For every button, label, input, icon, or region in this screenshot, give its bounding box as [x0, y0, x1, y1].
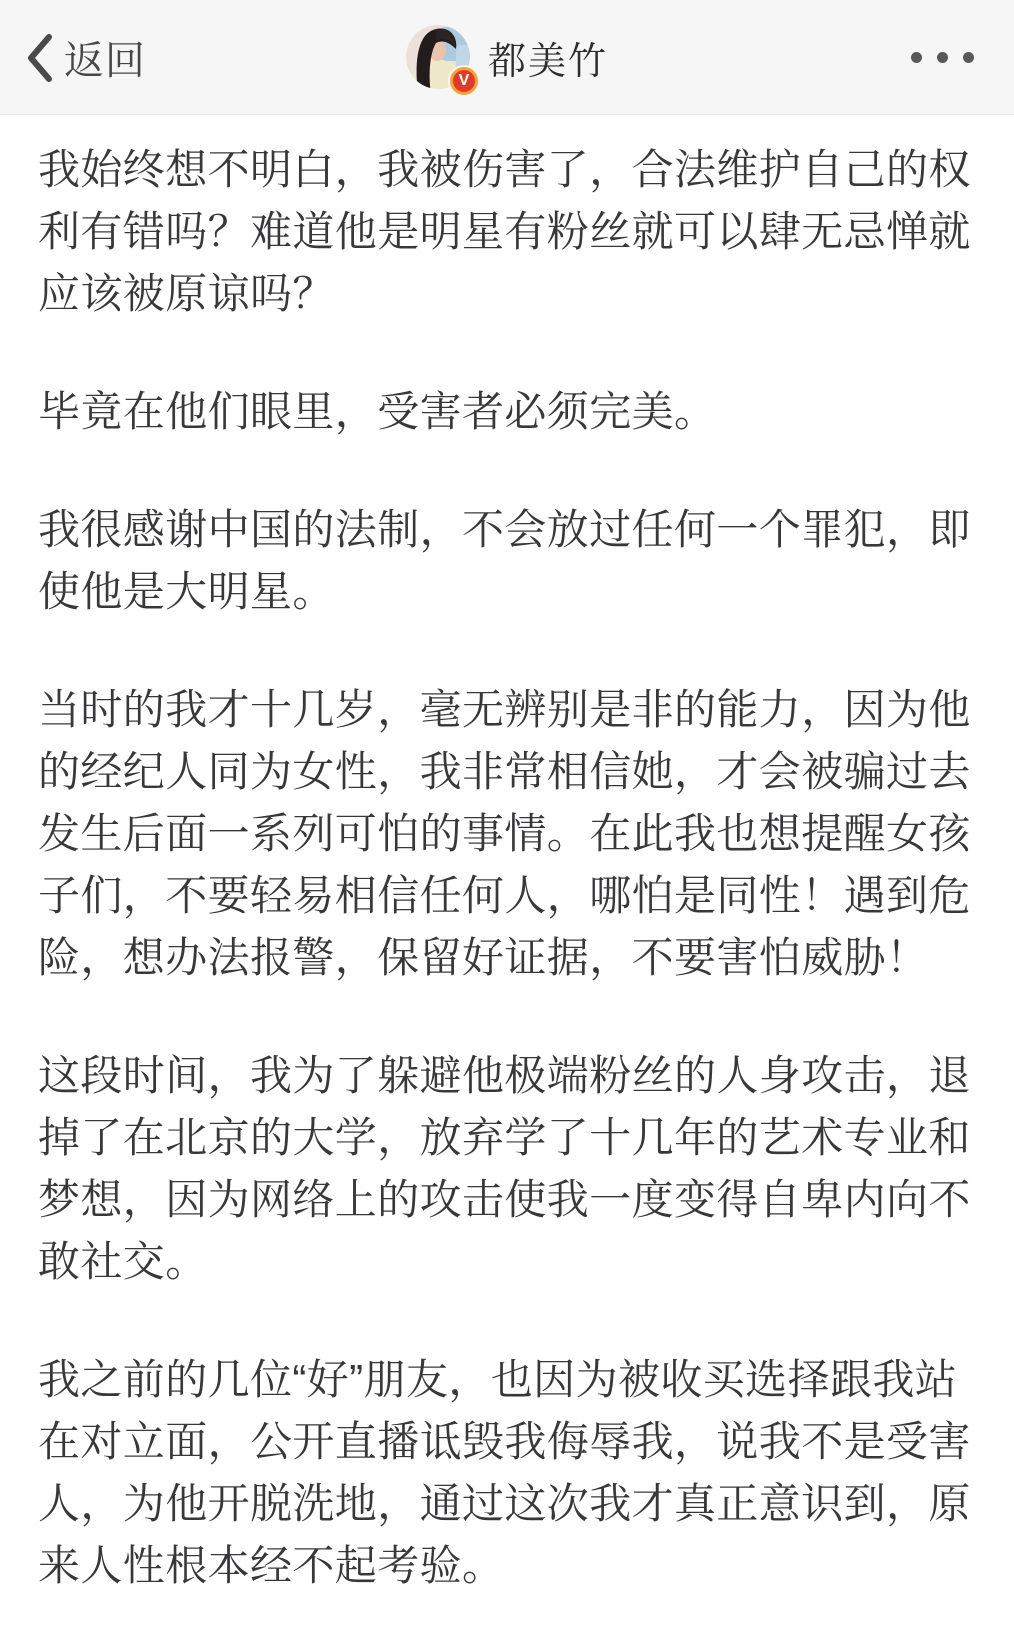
weibo-post-screen: 返回 V [0, 0, 1014, 1637]
back-label: 返回 [64, 29, 146, 86]
back-button[interactable]: 返回 [26, 0, 146, 115]
post-paragraph: 这段时间，我为了躲避他极端粉丝的人身攻击，退掉了在北京的大学，放弃学了十几年的艺… [38, 1045, 976, 1293]
nav-bar: 返回 V [0, 0, 1014, 115]
back-chevron-icon [26, 32, 54, 84]
post-body: 我始终想不明白，我被伤害了，合法维护自己的权利有错吗？难道他是明星有粉丝就可以肆… [38, 139, 976, 1597]
more-menu-button[interactable] [907, 0, 978, 115]
post-content: 我始终想不明白，我被伤害了，合法维护自己的权利有错吗？难道他是明星有粉丝就可以肆… [0, 115, 1014, 1637]
post-paragraph: 我很感谢中国的法制，不会放过任何一个罪犯，即使他是大明星。 [38, 499, 976, 623]
verified-badge-icon: V [450, 67, 478, 95]
profile-header[interactable]: V 都美竹 [406, 25, 608, 89]
post-paragraph: 当时的我才十几岁，毫无辨别是非的能力，因为他的经纪人同为女性，我非常相信她，才会… [38, 679, 976, 989]
post-paragraph: 我始终想不明白，我被伤害了，合法维护自己的权利有错吗？难道他是明星有粉丝就可以肆… [38, 139, 976, 325]
more-dot-icon [963, 52, 974, 63]
user-name: 都美竹 [488, 30, 608, 85]
post-paragraph: 毕竟在他们眼里，受害者必须完美。 [38, 381, 976, 443]
avatar: V [406, 25, 470, 89]
post-paragraph: 我之前的几位“好”朋友，也因为被收买选择跟我站在对立面，公开直播诋毁我侮辱我，说… [38, 1349, 976, 1597]
more-dot-icon [937, 52, 948, 63]
more-dot-icon [911, 52, 922, 63]
